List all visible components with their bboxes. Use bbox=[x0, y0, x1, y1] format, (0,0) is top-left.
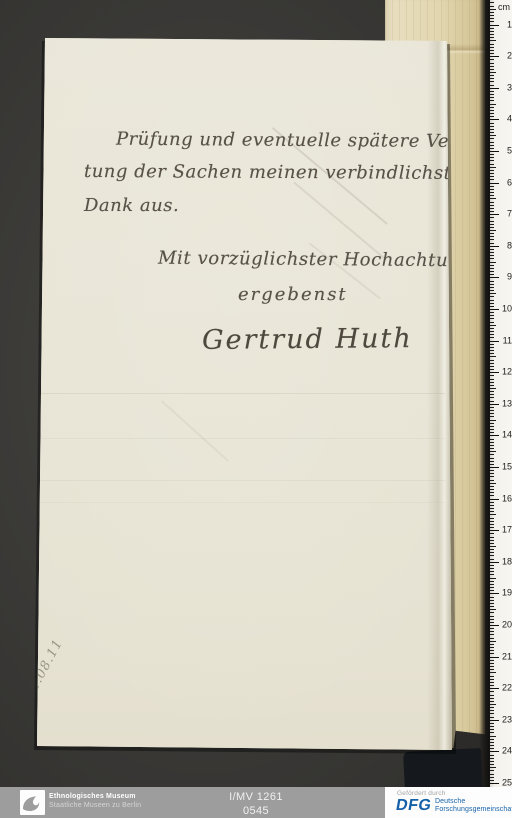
scan-viewport: cm 1234567891011121314151617181920212223… bbox=[0, 0, 512, 818]
letter-closing-line: Mit vorzüglichster Hochachtung bbox=[158, 248, 473, 272]
paper-crease bbox=[40, 393, 445, 395]
funding-prefix: Gefördert durch bbox=[397, 790, 446, 797]
museum-logo bbox=[20, 790, 45, 815]
letter-text-line: Dank aus. bbox=[84, 195, 179, 216]
institution-label: Ethnologisches Museum Staatliche Museen … bbox=[49, 792, 141, 811]
letter-text-line: tung der Sachen meinen verbindlichsten bbox=[84, 161, 475, 184]
inventory-number: I/MV 1261 bbox=[229, 791, 283, 805]
paper-crease bbox=[40, 438, 445, 440]
paper-crease bbox=[40, 480, 445, 482]
scan-page-number: 0545 bbox=[229, 805, 283, 818]
dfg-logo: DFG bbox=[394, 797, 432, 815]
footer-bar: Ethnologisches Museum Staatliche Museen … bbox=[0, 787, 512, 818]
ink-showthrough bbox=[161, 400, 229, 461]
ruler: cm 1234567891011121314151617181920212223… bbox=[489, 0, 512, 789]
inventory-reference: I/MV 1261 0545 bbox=[229, 791, 283, 818]
institution-name: Ethnologisches Museum bbox=[49, 792, 141, 801]
letter-closing-line: ergebenst bbox=[238, 284, 348, 305]
letter-page: Prüfung und eventuelle spätere Verwer- t… bbox=[0, 0, 512, 818]
ruler-unit-label: cm bbox=[498, 2, 510, 12]
dfg-funding-box: Gefördert durch DFG Deutsche Forschungsg… bbox=[385, 787, 512, 818]
letter-text-line: Prüfung und eventuelle spätere Verwer- bbox=[116, 129, 501, 153]
wave-icon bbox=[20, 790, 45, 815]
institution-subtitle: Staatliche Museen zu Berlin bbox=[49, 801, 141, 810]
book-support bbox=[403, 748, 483, 792]
dfg-org-name: Deutsche Forschungsgemeinschaft bbox=[435, 798, 512, 815]
paper-crease bbox=[40, 502, 445, 504]
signature: Gertrud Huth bbox=[202, 323, 413, 356]
